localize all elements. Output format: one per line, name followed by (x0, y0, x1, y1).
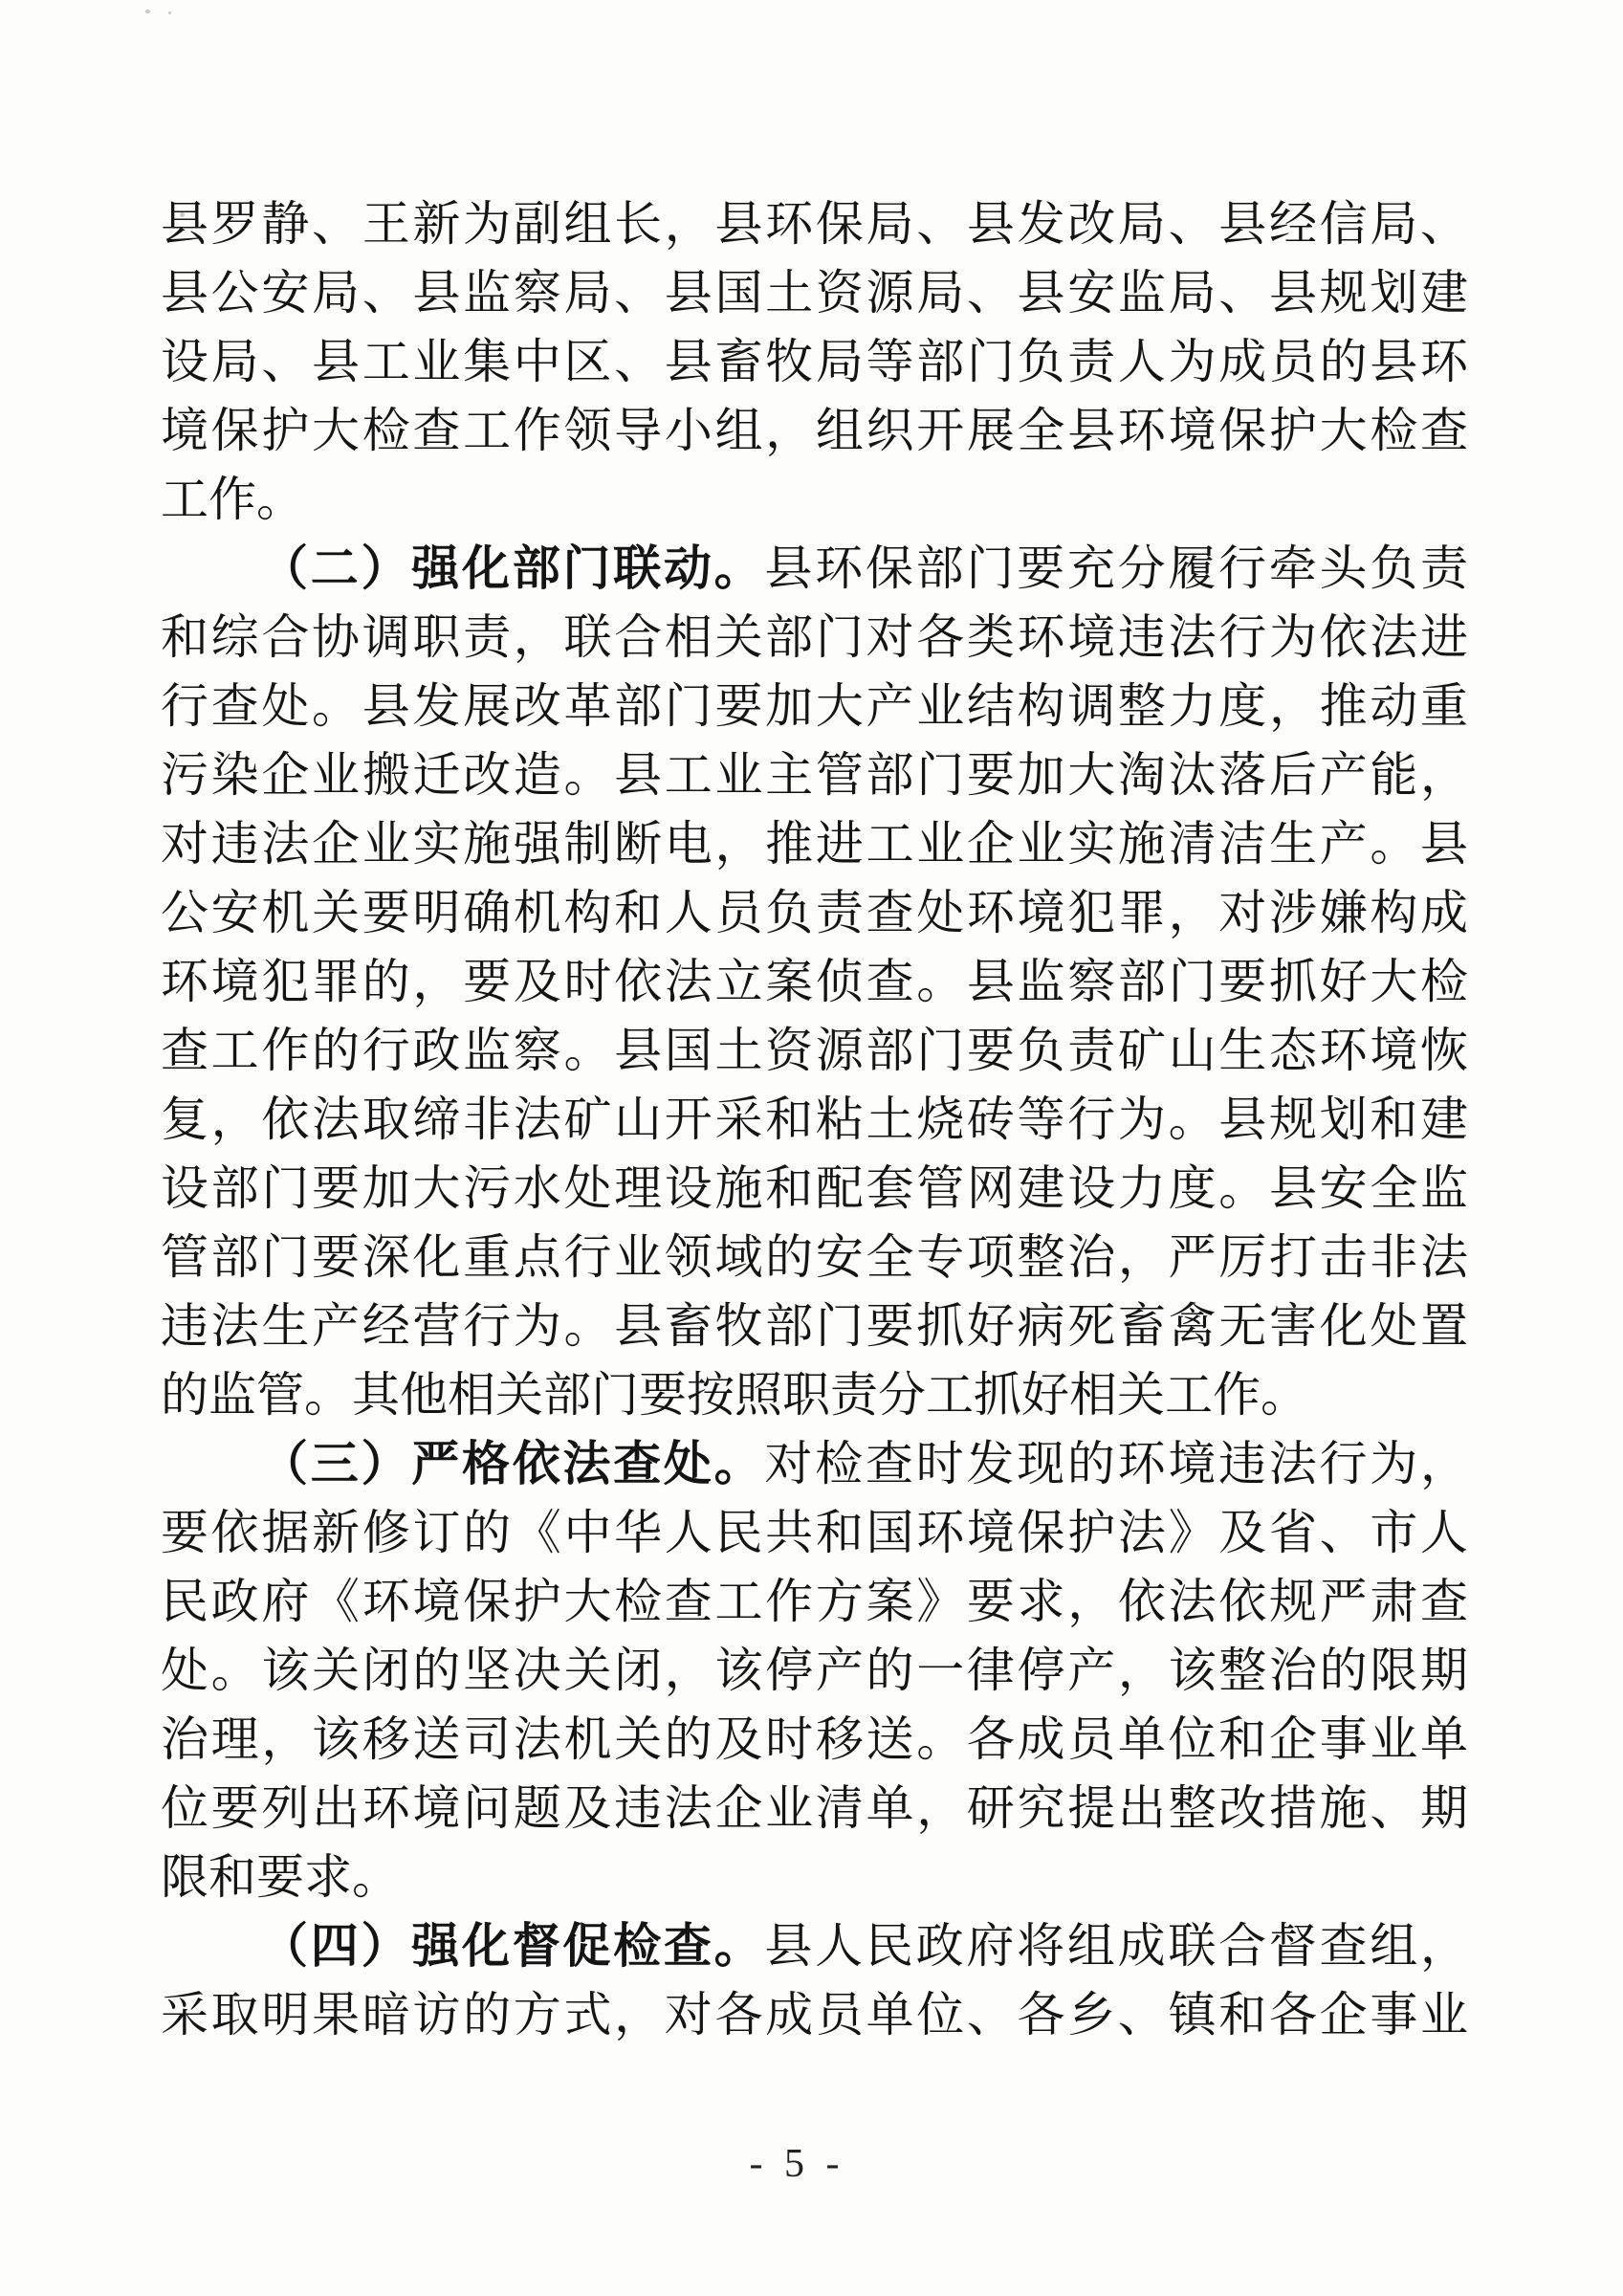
line-text: 管部门要深化重点行业领域的安全专项整治，严厉打击非法 (161, 1230, 1468, 1284)
line-text: 对违法企业实施强制断电，推进工业企业实施清洁生产。县 (161, 817, 1468, 871)
text-line: 采取明果暗访的方式，对各成员单位、各乡、镇和各企事业 (161, 1980, 1468, 2049)
line-text: 县公安局、县监察局、县国土资源局、县安监局、县规划建 (161, 266, 1468, 320)
text-line: 要依据新修订的《中华人民共和国环境保护法》及省、市人 (161, 1498, 1468, 1567)
page-number: - 5 - (0, 2141, 1594, 2187)
text-line: 的监管。其他相关部门要按照职责分工抓好相关工作。 (161, 1360, 1468, 1429)
section-heading: （三）严格依法查处。 (260, 1437, 764, 1490)
line-text: 复，依法取缔非法矿山开采和粘土烧砖等行为。县规划和建 (161, 1093, 1468, 1146)
line-text: 县人民政府将组成联合督查组， (764, 1919, 1468, 1973)
line-text: 县环保部门要充分履行牵头负责 (764, 541, 1468, 595)
line-text: 的监管。其他相关部门要按照职责分工抓好相关工作。 (161, 1368, 1308, 1422)
line-text: 对检查时发现的环境违法行为， (764, 1437, 1468, 1490)
line-text: 工作。 (161, 473, 304, 526)
text-line: 设局、县工业集中区、县畜牧局等部门负责人为成员的县环 (161, 327, 1468, 396)
text-line: 处。该关闭的坚决关闭，该停产的一律停产，该整治的限期 (161, 1636, 1468, 1705)
text-line: 县公安局、县监察局、县国土资源局、县安监局、县规划建 (161, 258, 1468, 327)
line-text: 采取明果暗访的方式，对各成员单位、各乡、镇和各企事业 (161, 1988, 1468, 2042)
line-text: 处。该关闭的坚决关闭，该停产的一律停产，该整治的限期 (161, 1644, 1468, 1697)
text-line: 复，依法取缔非法矿山开采和粘土烧砖等行为。县规划和建 (161, 1085, 1468, 1154)
text-line: 和综合协调职责，联合相关部门对各类环境违法行为依法进 (161, 603, 1468, 672)
text-line: 限和要求。 (161, 1843, 1468, 1911)
text-line: 治理，该移送司法机关的及时移送。各成员单位和企事业单 (161, 1705, 1468, 1774)
text-line: 公安机关要明确机构和人员负责查处环境犯罪，对涉嫌构成 (161, 878, 1468, 947)
line-text: 污染企业搬迁改造。县工业主管部门要加大淘汰落后产能， (161, 748, 1468, 802)
line-text: 治理，该移送司法机关的及时移送。各成员单位和企事业单 (161, 1712, 1468, 1766)
scan-speck (168, 11, 171, 14)
line-text: 设局、县工业集中区、县畜牧局等部门负责人为成员的县环 (161, 335, 1468, 388)
text-line: 管部门要深化重点行业领域的安全专项整治，严厉打击非法 (161, 1223, 1468, 1291)
section-heading: （四）强化督促检查。 (260, 1919, 764, 1973)
line-text: 环境犯罪的，要及时依法立案侦查。县监察部门要抓好大检 (161, 955, 1468, 1008)
text-line: 违法生产经营行为。县畜牧部门要抓好病死畜禽无害化处置 (161, 1291, 1468, 1360)
body-text: 县罗静、王新为副组长，县环保局、县发改局、县经信局、县公安局、县监察局、县国土资… (161, 189, 1468, 2049)
text-line: 污染企业搬迁改造。县工业主管部门要加大淘汰落后产能， (161, 740, 1468, 809)
text-line: （二）强化部门联动。县环保部门要充分履行牵头负责 (161, 534, 1468, 603)
text-line: （三）严格依法查处。对检查时发现的环境违法行为， (161, 1429, 1468, 1498)
line-text: 设部门要加大污水处理设施和配套管网建设力度。县安全监 (161, 1161, 1468, 1215)
text-line: 民政府《环境保护大检查工作方案》要求，依法依规严肃查 (161, 1567, 1468, 1636)
line-text: 境保护大检查工作领导小组，组织开展全县环境保护大检查 (161, 404, 1468, 457)
line-text: 查工作的行政监察。县国土资源部门要负责矿山生态环境恢 (161, 1024, 1468, 1077)
text-line: 环境犯罪的，要及时依法立案侦查。县监察部门要抓好大检 (161, 947, 1468, 1016)
line-text: 行查处。县发展改革部门要加大产业结构调整力度，推动重 (161, 679, 1468, 733)
text-line: 设部门要加大污水处理设施和配套管网建设力度。县安全监 (161, 1154, 1468, 1223)
line-text: 位要列出环境问题及违法企业清单，研究提出整改措施、期 (161, 1781, 1468, 1835)
line-text: 和综合协调职责，联合相关部门对各类环境违法行为依法进 (161, 610, 1468, 664)
text-line: 工作。 (161, 465, 1468, 534)
text-line: 对违法企业实施强制断电，推进工业企业实施清洁生产。县 (161, 809, 1468, 878)
line-text: 限和要求。 (161, 1850, 400, 1904)
line-text: 要依据新修订的《中华人民共和国环境保护法》及省、市人 (161, 1506, 1468, 1559)
scan-speck (145, 10, 150, 13)
text-line: （四）强化督促检查。县人民政府将组成联合督查组， (161, 1911, 1468, 1980)
line-text: 县罗静、王新为副组长，县环保局、县发改局、县经信局、 (161, 197, 1468, 251)
line-text: 公安机关要明确机构和人员负责查处环境犯罪，对涉嫌构成 (161, 886, 1468, 939)
scanned-document-page: { "document": { "page_number": "- 5 -", … (0, 0, 1623, 2296)
text-line: 境保护大检查工作领导小组，组织开展全县环境保护大检查 (161, 396, 1468, 465)
line-text: 民政府《环境保护大检查工作方案》要求，依法依规严肃查 (161, 1575, 1468, 1628)
section-heading: （二）强化部门联动。 (260, 541, 764, 595)
text-line: 县罗静、王新为副组长，县环保局、县发改局、县经信局、 (161, 189, 1468, 258)
text-line: 位要列出环境问题及违法企业清单，研究提出整改措施、期 (161, 1774, 1468, 1843)
text-line: 查工作的行政监察。县国土资源部门要负责矿山生态环境恢 (161, 1016, 1468, 1085)
line-text: 违法生产经营行为。县畜牧部门要抓好病死畜禽无害化处置 (161, 1299, 1468, 1353)
text-line: 行查处。县发展改革部门要加大产业结构调整力度，推动重 (161, 672, 1468, 740)
